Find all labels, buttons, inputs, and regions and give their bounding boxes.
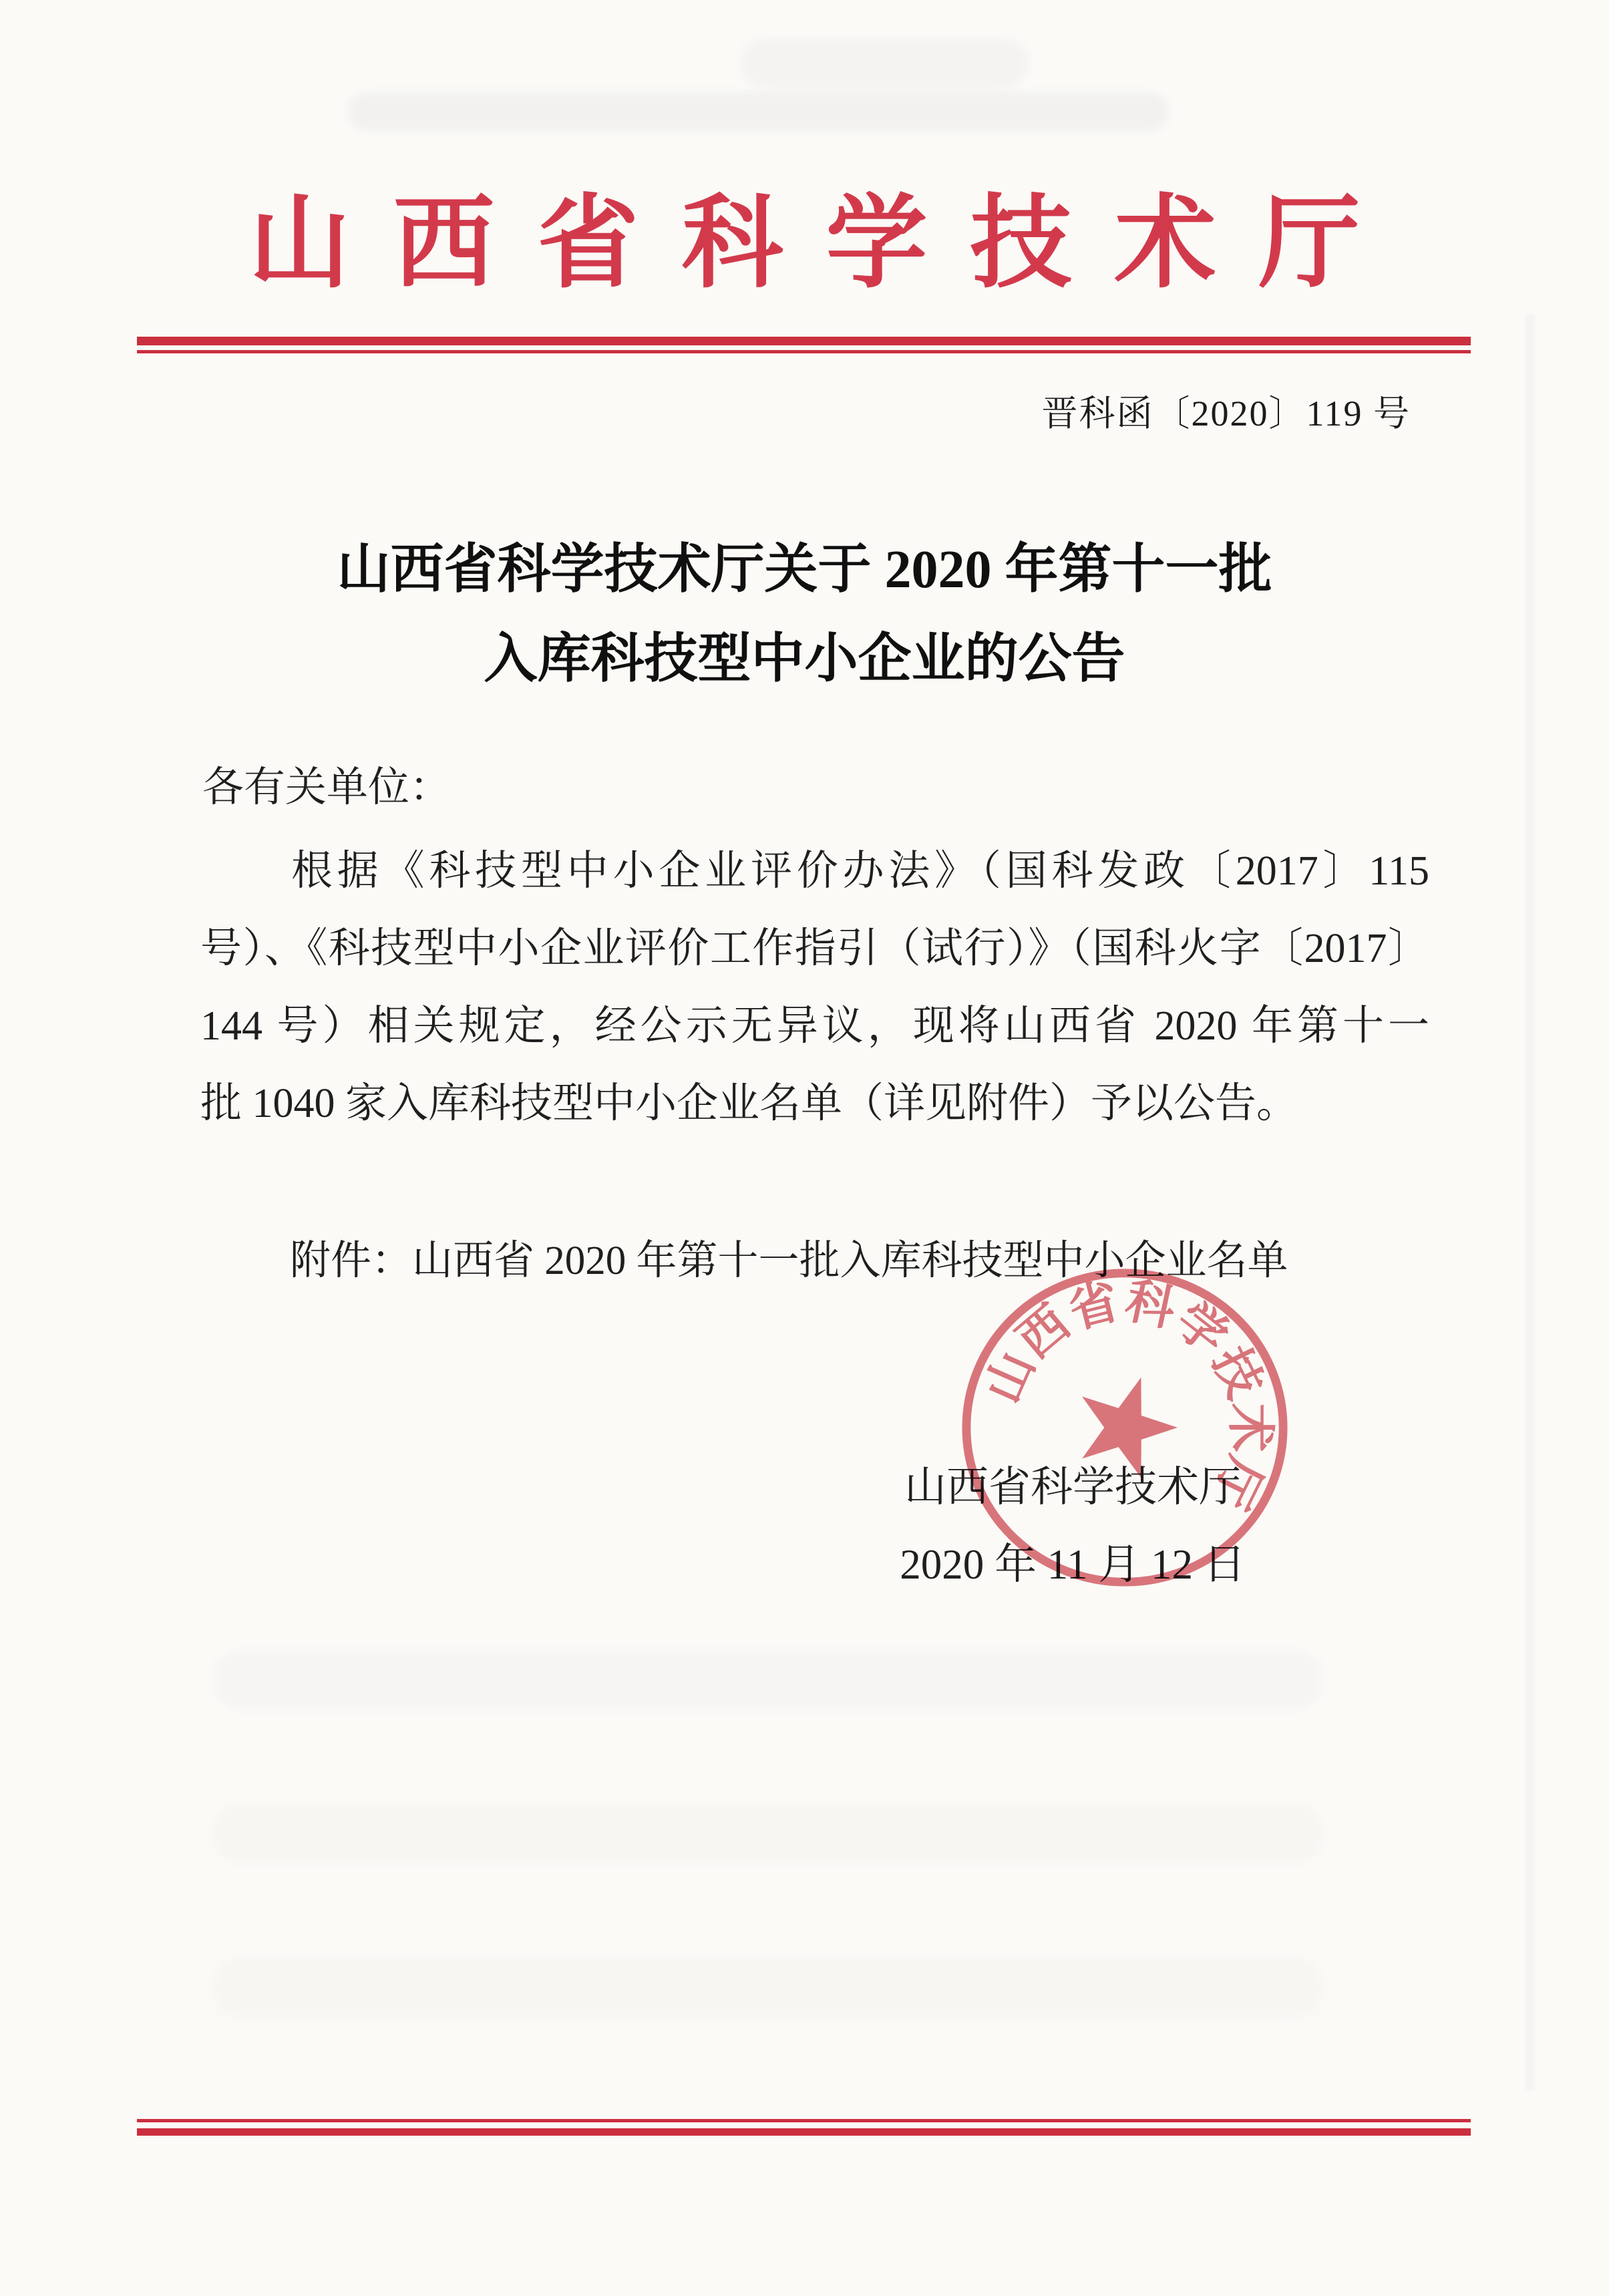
scan-artifact bbox=[741, 39, 1029, 88]
scan-artifact bbox=[214, 1957, 1322, 2017]
letterhead-agency-name: 山西省科学技术厅 bbox=[0, 162, 1609, 307]
document-reference-number: 晋科函〔2020〕119 号 bbox=[1042, 385, 1411, 436]
scan-artifact bbox=[214, 1804, 1322, 1864]
salutation: 各有关单位： bbox=[202, 754, 451, 813]
official-seal: 山西省科学技术厅 bbox=[960, 1263, 1290, 1593]
colophon-rule-thick bbox=[137, 2128, 1471, 2136]
document-title-line-2: 入库科技型中小企业的公告 bbox=[0, 615, 1609, 704]
scan-artifact bbox=[214, 1650, 1322, 1710]
letterhead-rule-thick bbox=[137, 337, 1471, 345]
body-line: 根据《科技型中小企业评价办法》（国科发政〔2017〕115 bbox=[200, 832, 1429, 910]
scan-artifact bbox=[347, 92, 1169, 131]
document-title: 山西省科学技术厅关于 2020 年第十一批 入库科技型中小企业的公告 bbox=[0, 525, 1609, 704]
body-line: 号）、《科技型中小企业评价工作指引（试行）》（国科火字〔2017〕 bbox=[200, 910, 1429, 987]
body-paragraph: 根据《科技型中小企业评价办法》（国科发政〔2017〕115 号）、《科技型中小企… bbox=[200, 832, 1429, 1142]
seal-star-icon bbox=[1064, 1362, 1189, 1484]
letterhead-rule-thin bbox=[137, 350, 1471, 353]
document-title-line-1: 山西省科学技术厅关于 2020 年第十一批 bbox=[0, 525, 1609, 615]
colophon-rule-thin bbox=[137, 2119, 1471, 2122]
body-line: 144 号）相关规定，经公示无异议，现将山西省 2020 年第十一 bbox=[200, 987, 1429, 1065]
body-line: 批 1040 家入库科技型中小企业名单（详见附件）予以公告。 bbox=[200, 1065, 1429, 1142]
scanned-official-document-page: 山西省科学技术厅 晋科函〔2020〕119 号 山西省科学技术厅关于 2020 … bbox=[0, 0, 1609, 2296]
